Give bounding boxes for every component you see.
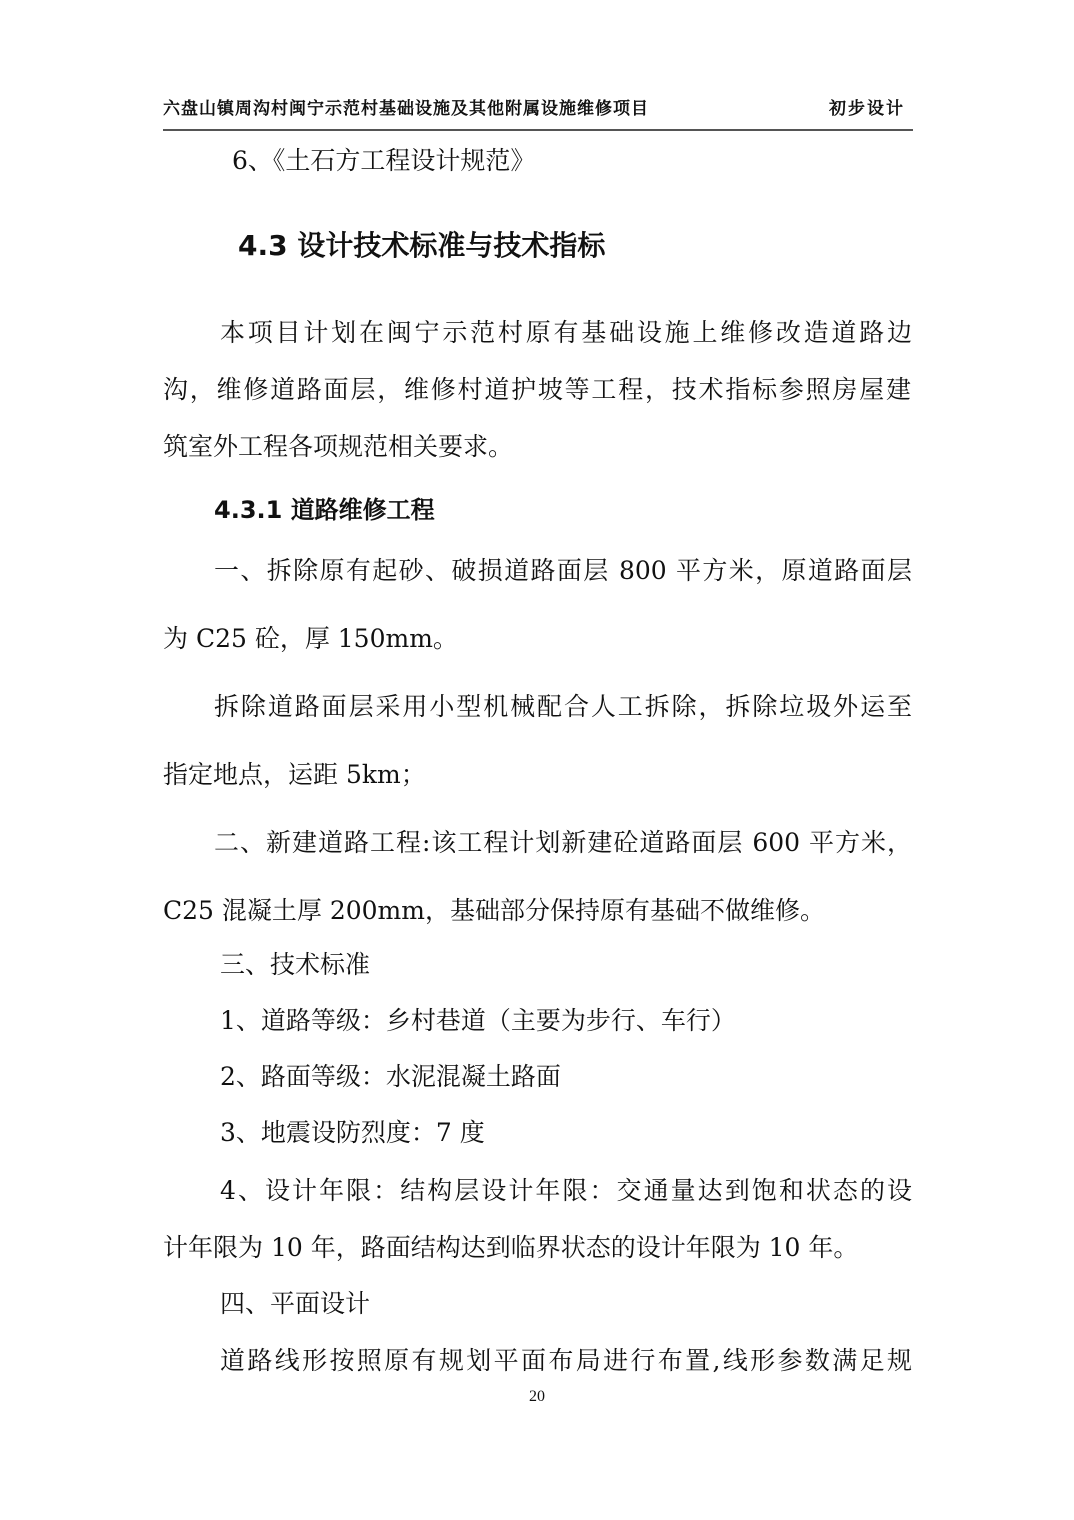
item-3-title: 三、技术标准 [220, 950, 370, 980]
reference-item-6: 6、《土石方工程设计规范》 [232, 146, 535, 176]
intro-paragraph-line-2: 沟，维修道路面层，维修村道护坡等工程，技术指标参照房屋建 [163, 375, 911, 405]
standard-4-line-2: 计年限为 10 年，路面结构达到临界状态的设计年限为 10 年。 [163, 1233, 858, 1263]
subsection-heading-4-3-1: 4.3.1 道路维修工程 [214, 490, 435, 525]
demolition-line-1: 拆除道路面层采用小型机械配合人工拆除，拆除垃圾外运至 [214, 692, 912, 722]
plan-design-line-1: 道路线形按照原有规划平面布局进行布置,线形参数满足规 [220, 1346, 912, 1376]
intro-paragraph-line-3: 筑室外工程各项规范相关要求。 [163, 432, 513, 462]
item-2-line-2: C25 混凝土厚 200mm，基础部分保持原有基础不做维修。 [163, 896, 825, 926]
header-section-label: 初步设计 [829, 94, 905, 119]
standard-3: 3、地震设防烈度：7 度 [220, 1118, 485, 1148]
standard-2: 2、路面等级：水泥混凝土路面 [220, 1062, 561, 1092]
intro-paragraph-line-1: 本项目计划在闽宁示范村原有基础设施上维修改造道路边 [220, 318, 912, 348]
header-divider [163, 129, 913, 131]
item-1-line-2: 为 C25 砼，厚 150mm。 [163, 624, 458, 654]
page-header: 六盘山镇周沟村闽宁示范村基础设施及其他附属设施维修项目 初步设计 [163, 92, 911, 122]
page-number: 20 [0, 1388, 1074, 1406]
header-project-title: 六盘山镇周沟村闽宁示范村基础设施及其他附属设施维修项目 [163, 94, 649, 119]
standard-1: 1、道路等级：乡村巷道（主要为步行、车行） [220, 1006, 736, 1036]
demolition-line-2: 指定地点，运距 5km； [163, 760, 426, 790]
section-heading-4-3: 4.3 设计技术标准与技术指标 [238, 224, 605, 264]
item-4-title: 四、平面设计 [220, 1289, 370, 1319]
item-2-line-1: 二、新建道路工程:该工程计划新建砼道路面层 600 平方米， [214, 828, 912, 858]
item-1-line-1: 一、拆除原有起砂、破损道路面层 800 平方米，原道路面层 [214, 556, 912, 586]
standard-4-line-1: 4、设计年限：结构层设计年限：交通量达到饱和状态的设 [220, 1176, 912, 1206]
